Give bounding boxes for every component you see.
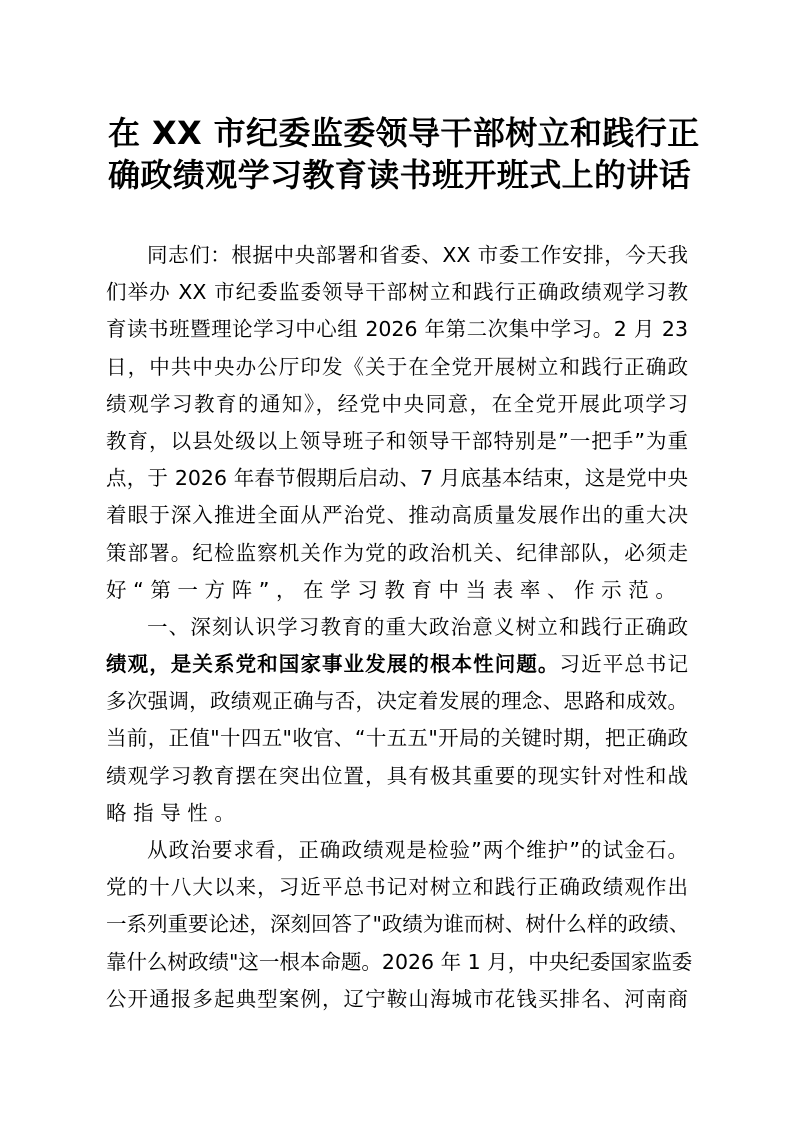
section-1-heading-tail: 绩观，是关系党和国家事业发展的根本性问题。 <box>106 652 560 676</box>
paragraph-political-requirement: 从政治要求看，正确政绩观是检验”两个维护”的试金石。 党的十八大以来，习近平总书… <box>106 832 688 1018</box>
text-line: 育读书班暨理论学习中心组 2026 年第二次集中学习。2 月 23 <box>106 311 688 348</box>
text-line: 点，于 2026 年春节假期后启动、7 月底基本结束，这是党中央 <box>106 460 688 497</box>
text-line: 当前，正值"十四五"收官、“十五五"开局的关键时期，把正确政 <box>106 720 688 757</box>
text-line: 靠什么树政绩"这一根本命题。2026 年 1 月，中央纪委国家监委 <box>106 944 688 981</box>
title-line-2: 确政绩观学习教育读书班开班式上的讲话 <box>108 154 690 196</box>
text-line: 策部署。纪检监察机关作为党的政治机关、纪律部队，必须走 <box>106 535 688 572</box>
paragraph-opening: 同志们：根据中央部署和省委、XX 市委工作安排，今天我 们举办 XX 市纪委监委… <box>106 237 688 609</box>
text-line: 从政治要求看，正确政绩观是检验”两个维护”的试金石。 <box>106 832 688 869</box>
text-line: 一系列重要论述，深刻回答了"政绩为谁而树、树什么样的政绩、 <box>106 906 688 943</box>
document-title: 在 XX 市纪委监委领导干部树立和践行正 确政绩观学习教育读书班开班式上的讲话 <box>108 112 690 196</box>
section-1: 一、深刻认识学习教育的重大政治意义树立和践行正确政 绩观，是关系党和国家事业发展… <box>106 609 688 832</box>
title-line-1: 在 XX 市纪委监委领导干部树立和践行正 <box>108 112 690 154</box>
text-line: 同志们：根据中央部署和省委、XX 市委工作安排，今天我 <box>106 237 688 274</box>
text-line: 绩观学习教育的通知》，经党中央同意，在全党开展此项学习 <box>106 386 688 423</box>
document-body: 同志们：根据中央部署和省委、XX 市委工作安排，今天我 们举办 XX 市纪委监委… <box>106 237 688 1018</box>
text-line: 们举办 XX 市纪委监委领导干部树立和践行正确政绩观学习教 <box>106 274 688 311</box>
text-run: 习近平总书记 <box>560 652 688 676</box>
text-line: 着眼于深入推进全面从严治党、推动高质量发展作出的重大决 <box>106 497 688 534</box>
text-line: 公开通报多起典型案例，辽宁鞍山海城市花钱买排名、河南商 <box>106 981 688 1018</box>
text-line: 略指导性。 <box>106 795 688 832</box>
section-1-heading-continued: 绩观，是关系党和国家事业发展的根本性问题。习近平总书记 <box>106 646 688 683</box>
document-page: 在 XX 市纪委监委领导干部树立和践行正 确政绩观学习教育读书班开班式上的讲话 … <box>0 0 793 1122</box>
text-line: 好“第一方阵”，在学习教育中当表率、作示范。 <box>106 572 688 609</box>
text-line: 绩观学习教育摆在突出位置，具有极其重要的现实针对性和战 <box>106 758 688 795</box>
text-line: 党的十八大以来，习近平总书记对树立和践行正确政绩观作出 <box>106 869 688 906</box>
text-line: 日，中共中央办公厅印发《关于在全党开展树立和践行正确政 <box>106 349 688 386</box>
text-line: 多次强调，政绩观正确与否，决定着发展的理念、思路和成效。 <box>106 683 688 720</box>
text-line: 教育，以县处级以上领导班子和领导干部特别是”一把手”为重 <box>106 423 688 460</box>
section-1-heading: 一、深刻认识学习教育的重大政治意义树立和践行正确政 <box>106 609 688 646</box>
